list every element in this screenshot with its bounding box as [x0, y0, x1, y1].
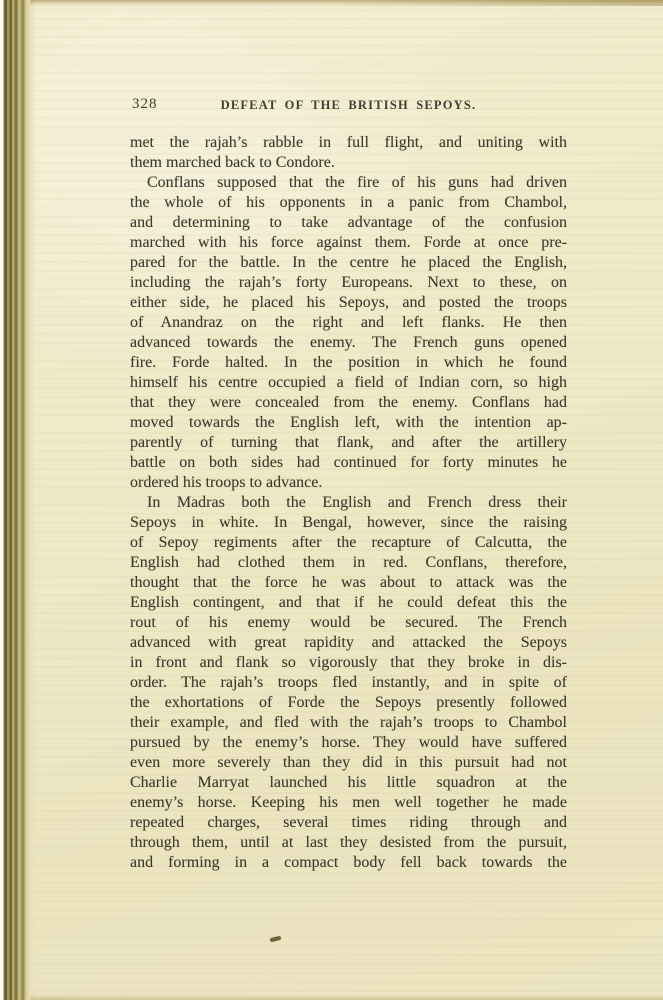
text-line: Charlie Marryat launched his little squa…: [130, 773, 567, 793]
text-line: in front and flank so vigorously that th…: [130, 653, 567, 673]
text-line: advanced towards the enemy. The French g…: [130, 333, 567, 353]
text-line: In Madras both the English and French dr…: [130, 493, 567, 513]
text-line: pursued by the enemy’s horse. They would…: [130, 733, 567, 753]
page-header: 328 DEFEAT OF THE BRITISH SEPOYS.: [130, 96, 567, 116]
book-page-scan: 328 DEFEAT OF THE BRITISH SEPOYS. met th…: [0, 0, 663, 1000]
text-block: met the rajah’s rabble in full flight, a…: [130, 133, 567, 873]
text-line: rout of his enemy would be secured. The …: [130, 613, 567, 633]
text-line: including the rajah’s forty Europeans. N…: [130, 273, 567, 293]
text-line: ordered his troops to advance.: [130, 473, 567, 493]
ink-mark: [270, 936, 282, 943]
text-line: them marched back to Condore.: [130, 153, 567, 173]
text-line: even more severely than they did in this…: [130, 753, 567, 773]
text-line: advanced with great rapidity and attacke…: [130, 633, 567, 653]
text-line: repeated charges, several times riding t…: [130, 813, 567, 833]
text-line: battle on both sides had continued for f…: [130, 453, 567, 473]
running-header: DEFEAT OF THE BRITISH SEPOYS.: [130, 96, 567, 113]
text-line: of Anandraz on the right and left flanks…: [130, 313, 567, 333]
text-line: fire. Forde halted. In the position in w…: [130, 353, 567, 373]
text-line: order. The rajah’s troops fled instantly…: [130, 673, 567, 693]
text-line: through them, until at last they desiste…: [130, 833, 567, 853]
text-line: enemy’s horse. Keeping his men well toge…: [130, 793, 567, 813]
text-line: Conflans supposed that the fire of his g…: [130, 173, 567, 193]
page-bottom-edge: [30, 994, 663, 1000]
text-line: marched with his force against them. For…: [130, 233, 567, 253]
text-line: Sepoys in white. In Bengal, however, sin…: [130, 513, 567, 533]
text-line: the whole of his opponents in a panic fr…: [130, 193, 567, 213]
text-line: English contingent, and that if he could…: [130, 593, 567, 613]
text-line: himself his centre occupied a field of I…: [130, 373, 567, 393]
text-line: English had clothed them in red. Conflan…: [130, 553, 567, 573]
text-line: and determining to take advantage of the…: [130, 213, 567, 233]
text-line: parently of turning that flank, and afte…: [130, 433, 567, 453]
text-line: that they were concealed from the enemy.…: [130, 393, 567, 413]
page-number: 328: [132, 96, 158, 113]
text-line: met the rajah’s rabble in full flight, a…: [130, 133, 567, 153]
text-line: their example, and fled with the rajah’s…: [130, 713, 567, 733]
page-top-edge-shadow: [343, 0, 663, 6]
text-line: pared for the battle. In the centre he p…: [130, 253, 567, 273]
text-line: thought that the force he was about to a…: [130, 573, 567, 593]
text-line: of Sepoy regiments after the recapture o…: [130, 533, 567, 553]
text-line: moved towards the English left, with the…: [130, 413, 567, 433]
text-line: either side, he placed his Sepoys, and p…: [130, 293, 567, 313]
book-binding-edge: [0, 0, 36, 1000]
text-line: the exhortations of Forde the Sepoys pre…: [130, 693, 567, 713]
text-line: and forming in a compact body fell back …: [130, 853, 567, 873]
